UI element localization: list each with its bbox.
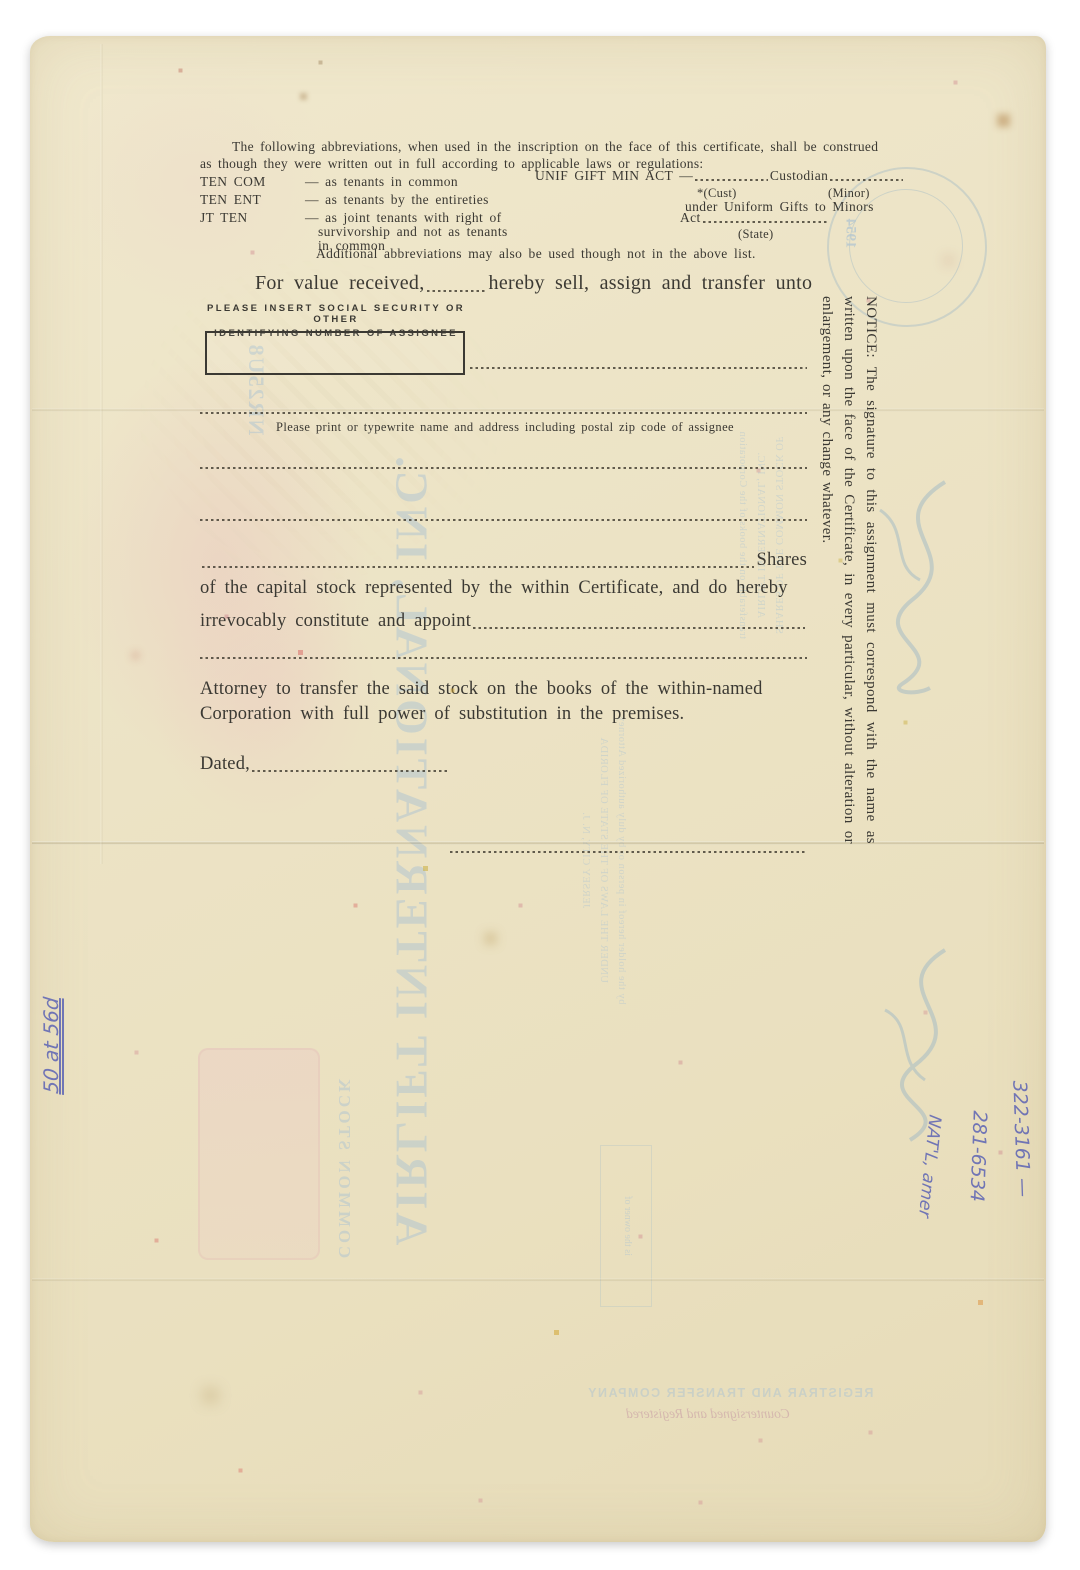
common-stock-showthrough: COMMON STOCK [331,1067,357,1267]
shares-label: Shares [756,550,807,571]
abbr-ten-com: TEN COM [200,174,266,190]
dotted-fill [830,179,903,181]
capital-stock-line: of the capital stock represented by the … [200,578,788,599]
paper-stains [0,0,1,1]
signature-line [450,851,805,853]
unif-gift-label: UNIF GIFT MIN ACT — [535,168,693,184]
abbr-ten-ent-definition: — as tenants by the entireties [305,192,489,208]
attorney-name-line [473,627,805,629]
assignee-name-line [470,367,807,369]
fold-crease [32,841,1044,845]
dotted-fill-blank [427,290,487,292]
attorney-transfer-line2: Corporation with full power of substitut… [200,704,684,725]
address-line [200,519,807,521]
seal-year-showthrough: 1954 [842,219,859,249]
unif-gift-state-label: (State) [738,227,773,242]
additional-abbreviations-note: Additional abbreviations may also be use… [316,246,756,262]
scanned-stock-certificate-back: NR25U8 AIRLIFT INTERNATIONAL, INC. COMMO… [0,0,1080,1570]
abbr-jt-ten: JT TEN [200,210,248,226]
countersigned-showthrough: Countersigned and Registered [558,1406,858,1422]
handwritten-price-text: 50 at 56d [39,996,63,1095]
company-name-showthrough: AIRLIFT INTERNATIONAL, INC. [365,546,460,1246]
handwritten-price-note: 50 at 56d [39,969,75,1123]
dotted-fill [695,179,768,181]
constitute-appoint-label: irrevocably constitute and appoint [200,611,471,632]
unif-gift-custodian: Custodian [770,168,828,184]
address-line [200,467,807,469]
unif-gift-act-label: Act [680,210,701,226]
attorney-name-line [200,657,807,659]
address-line [200,412,807,414]
shares-box-showthrough [198,1048,320,1260]
ssn-label-line1: PLEASE INSERT SOCIAL SECURITY OR OTHER [205,303,467,325]
registrar-showthrough: REGISTRAR AND TRANSFER COMPANY [540,1386,920,1400]
abbr-ten-ent: TEN ENT [200,192,261,208]
dated-label: Dated, [200,754,250,775]
ssn-entry-box [205,331,465,375]
attorney-transfer-line1: Attorney to transfer the said stock on t… [200,679,763,700]
for-value-received-label: For value received, [255,272,425,295]
notice-vertical-text: NOTICE: The signature to this assignment… [812,296,882,844]
showthrough-line: SHARES OF THE COMMON STOCK OF [769,320,787,750]
abbr-ten-com-definition: — as tenants in common [305,174,458,190]
fold-crease [32,1278,1044,1282]
fold-crease-vertical [100,44,103,864]
date-entry-line [252,770,448,772]
abbreviations-intro-line1: The following abbreviations, when used i… [232,139,878,155]
shares-count-line [202,566,754,568]
sell-assign-transfer-label: hereby sell, assign and transfer unto [489,272,813,295]
dotted-fill [703,221,828,223]
owner-box-showthrough: is the owner of [600,1145,652,1307]
print-typewrite-note: Please print or typewrite name and addre… [210,420,800,435]
